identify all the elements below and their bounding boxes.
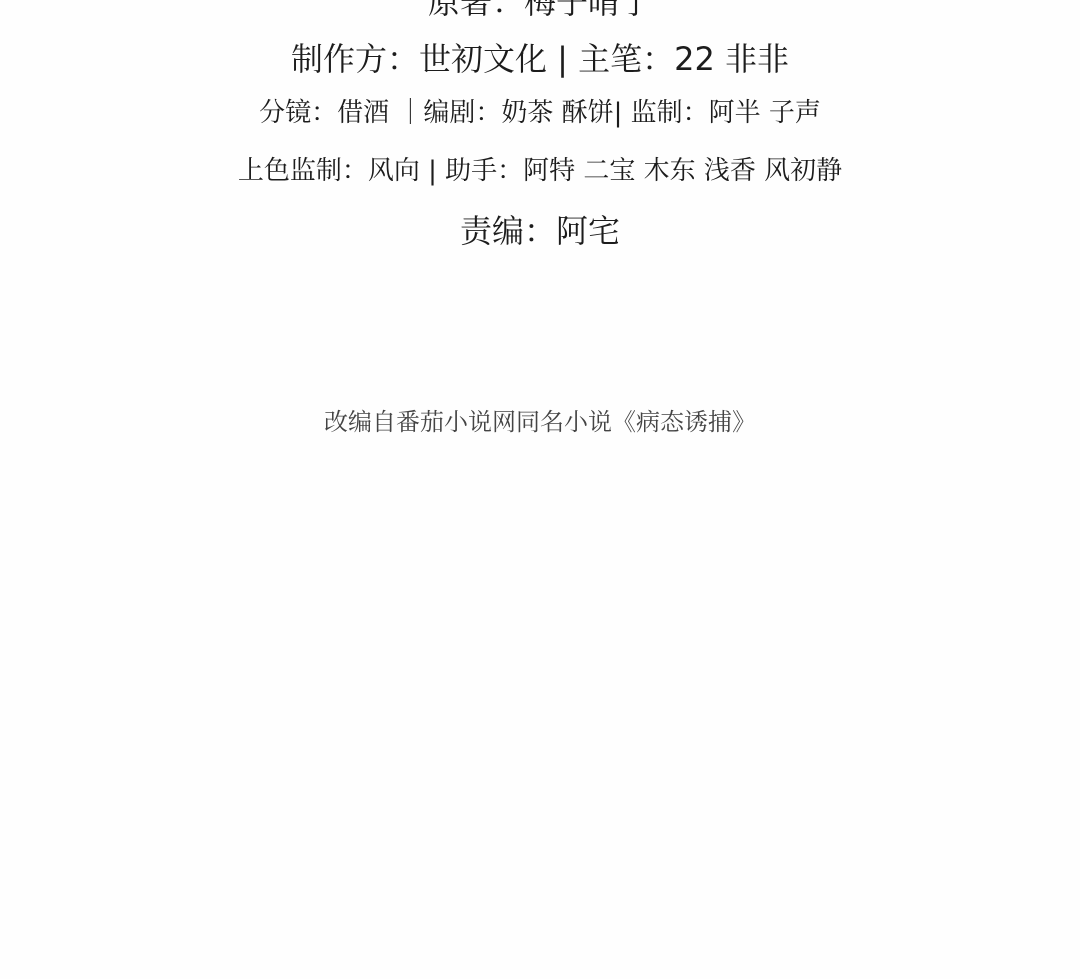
editor-credit: 责编：阿宅 [0, 215, 1080, 247]
adaptation-source-note: 改编自番茄小说网同名小说《病态诱捕》 [0, 410, 1080, 434]
coloring-and-assistants-credit: 上色监制：风向 | 助手：阿特 二宝 木东 浅香 风初静 [0, 158, 1080, 184]
producer-and-lead-artist-credit: 制作方：世初文化 | 主笔：22 非非 [0, 43, 1080, 75]
storyboard-script-supervisor-credit: 分镜：借酒 ｜编剧：奶茶 酥饼| 监制：阿半 子声 [0, 100, 1080, 126]
original-author-credit: 原著：梅子晴了 [0, 0, 1080, 18]
